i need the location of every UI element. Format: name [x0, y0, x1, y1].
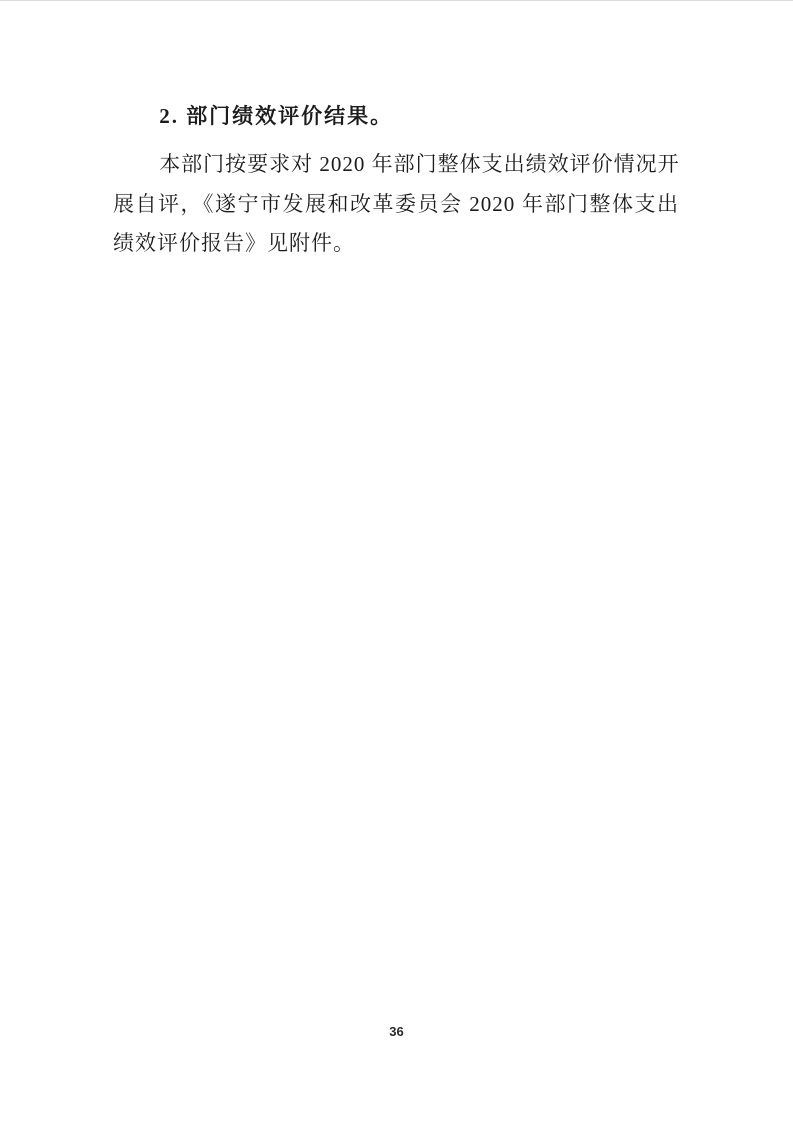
section-heading: 2. 部门绩效评价结果。: [113, 99, 679, 133]
page-footer: 36: [0, 1023, 793, 1041]
page-number: 36: [389, 1024, 403, 1039]
paragraph-line: 展自评，《遂宁市发展和改革委员会 2020 年部门整体支出: [113, 185, 679, 225]
page-content: 2. 部门绩效评价结果。 本部门按要求对 2020 年部门整体支出绩效评价情况开…: [113, 99, 679, 264]
body-paragraph: 本部门按要求对 2020 年部门整体支出绩效评价情况开 展自评，《遂宁市发展和改…: [113, 145, 679, 264]
paragraph-line: 绩效评价报告》见附件。: [113, 224, 679, 264]
paragraph-line: 本部门按要求对 2020 年部门整体支出绩效评价情况开: [113, 145, 679, 185]
document-page: 2. 部门绩效评价结果。 本部门按要求对 2020 年部门整体支出绩效评价情况开…: [0, 0, 793, 1122]
